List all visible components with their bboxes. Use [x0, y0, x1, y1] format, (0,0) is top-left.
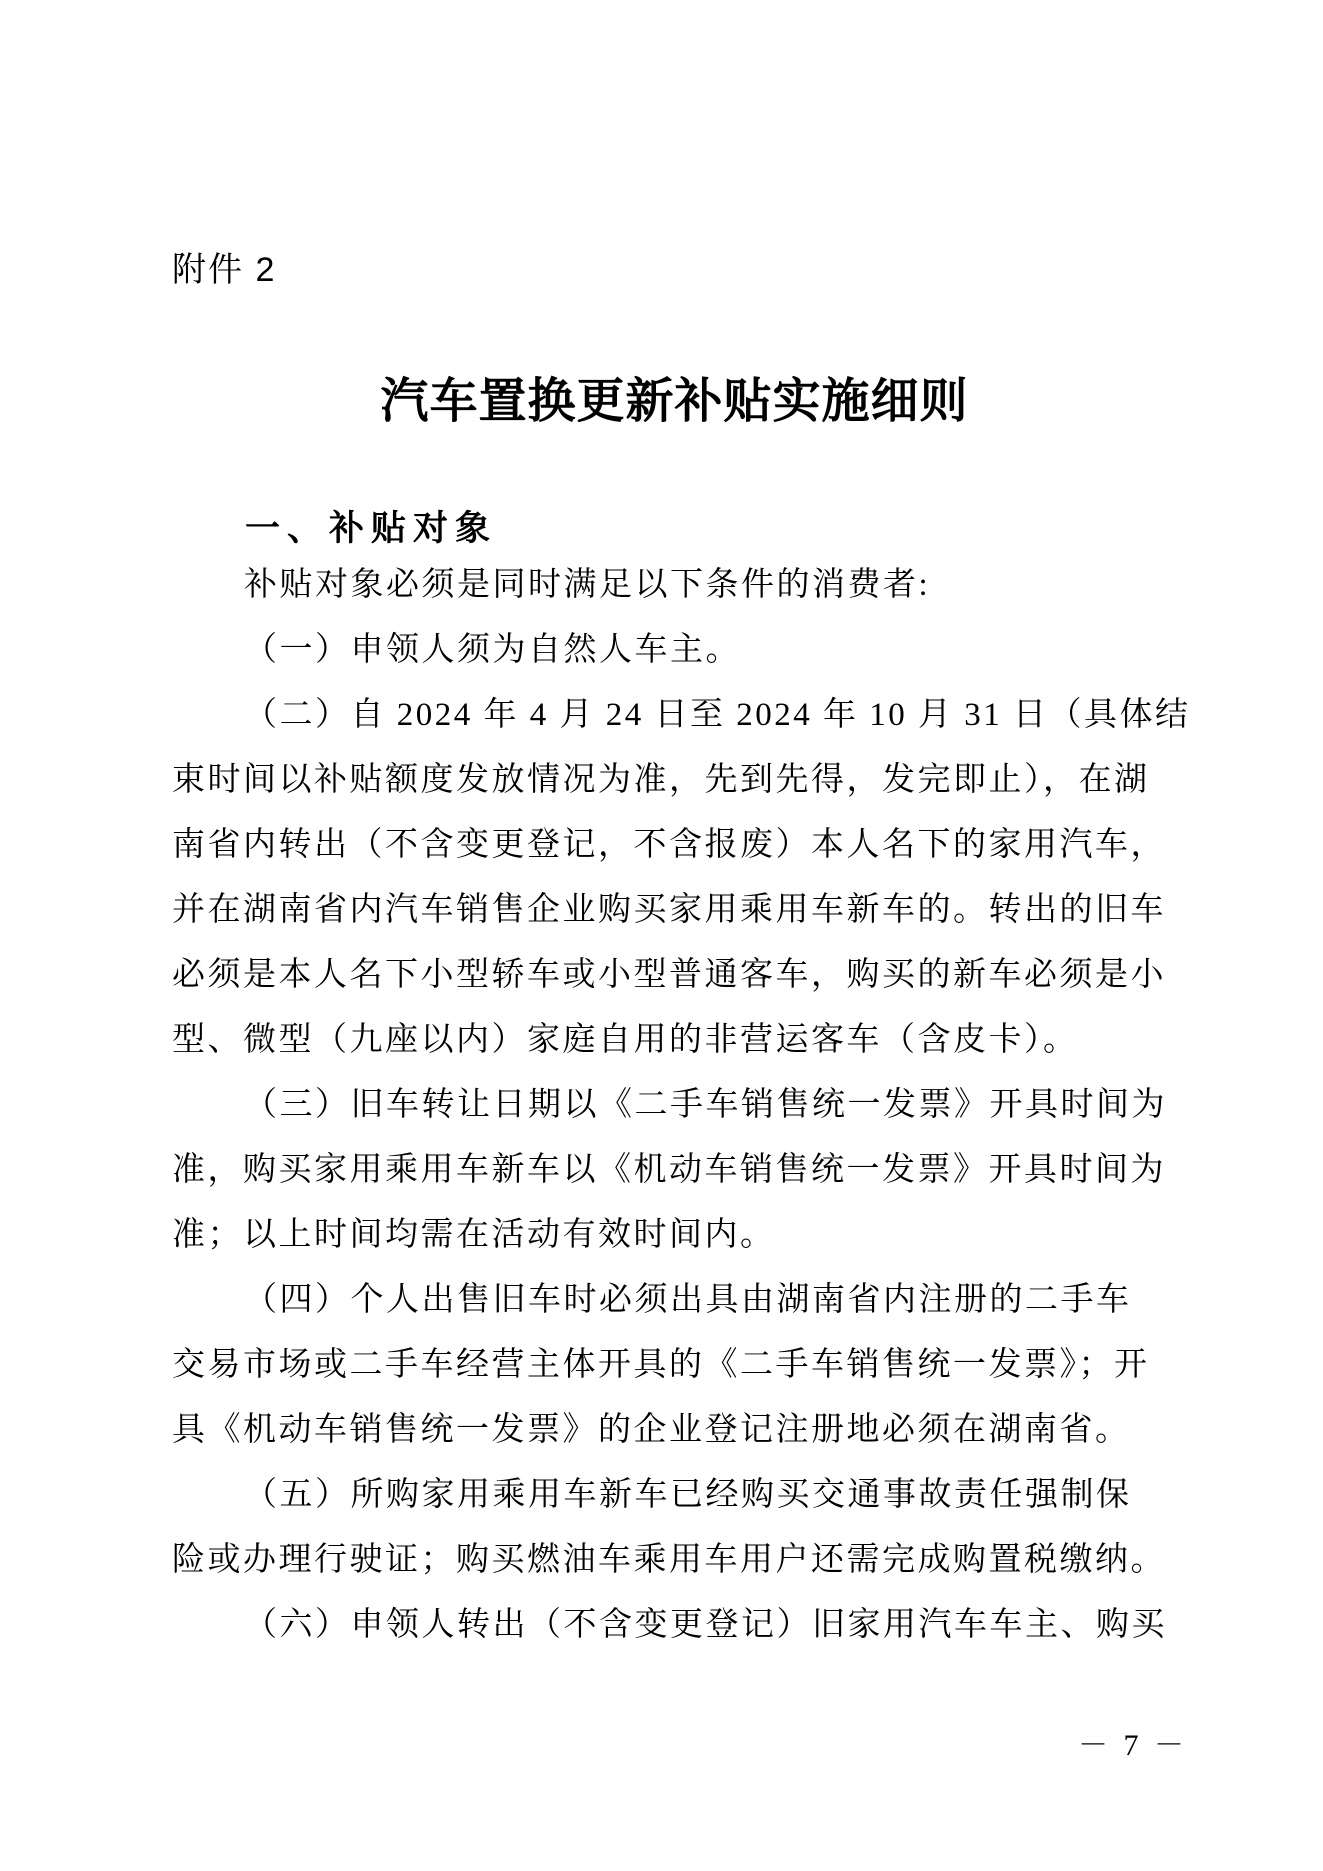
body-line: （六）申领人转出（不含变更登记）旧家用汽车车主、购买	[244, 1605, 1167, 1645]
body-line: 具《机动车销售统一发票》的企业登记注册地必须在湖南省。	[172, 1410, 1131, 1450]
document-title: 汽车置换更新补贴实施细则	[172, 362, 1177, 431]
body-line: 交易市场或二手车经营主体开具的《二手车销售统一发票》；开	[172, 1345, 1150, 1385]
body-line: 束时间以补贴额度发放情况为准，先到先得，发完即止），在湖	[172, 760, 1150, 800]
body-line: 并在湖南省内汽车销售企业购买家用乘用车新车的。转出的旧车	[172, 890, 1166, 930]
body-line: 准；以上时间均需在活动有效时间内。	[172, 1215, 776, 1255]
attachment-label: 附件 2	[172, 242, 276, 291]
page-number: － 7 －	[1078, 1720, 1188, 1764]
body-line: （四）个人出售旧车时必须出具由湖南省内注册的二手车	[244, 1280, 1132, 1320]
body-line: （二）自 2024 年 4 月 24 日至 2024 年 10 月 31 日（具…	[244, 695, 1191, 735]
body-line: 补贴对象必须是同时满足以下条件的消费者:	[244, 565, 930, 605]
body-line: 准，购买家用乘用车新车以《机动车销售统一发票》开具时间为	[172, 1150, 1166, 1190]
body-line: （三）旧车转让日期以《二手车销售统一发票》开具时间为	[244, 1085, 1167, 1125]
body-line: 必须是本人名下小型轿车或小型普通客车，购买的新车必须是小	[172, 955, 1166, 995]
body-line: （一）申领人须为自然人车主。	[244, 630, 741, 670]
section-heading: 一、补贴对象	[245, 501, 497, 551]
body-line: 型、微型（九座以内）家庭自用的非营运客车（含皮卡）。	[172, 1020, 1079, 1060]
body-line: 险或办理行驶证；购买燃油车乘用车用户还需完成购置税缴纳。	[172, 1540, 1166, 1580]
body-line: （五）所购家用乘用车新车已经购买交通事故责任强制保	[244, 1475, 1132, 1515]
document-page: 附件 2 汽车置换更新补贴实施细则 一、补贴对象 补贴对象必须是同时满足以下条件…	[0, 0, 1323, 1871]
body-line: 南省内转出（不含变更登记，不含报废）本人名下的家用汽车，	[172, 825, 1166, 865]
